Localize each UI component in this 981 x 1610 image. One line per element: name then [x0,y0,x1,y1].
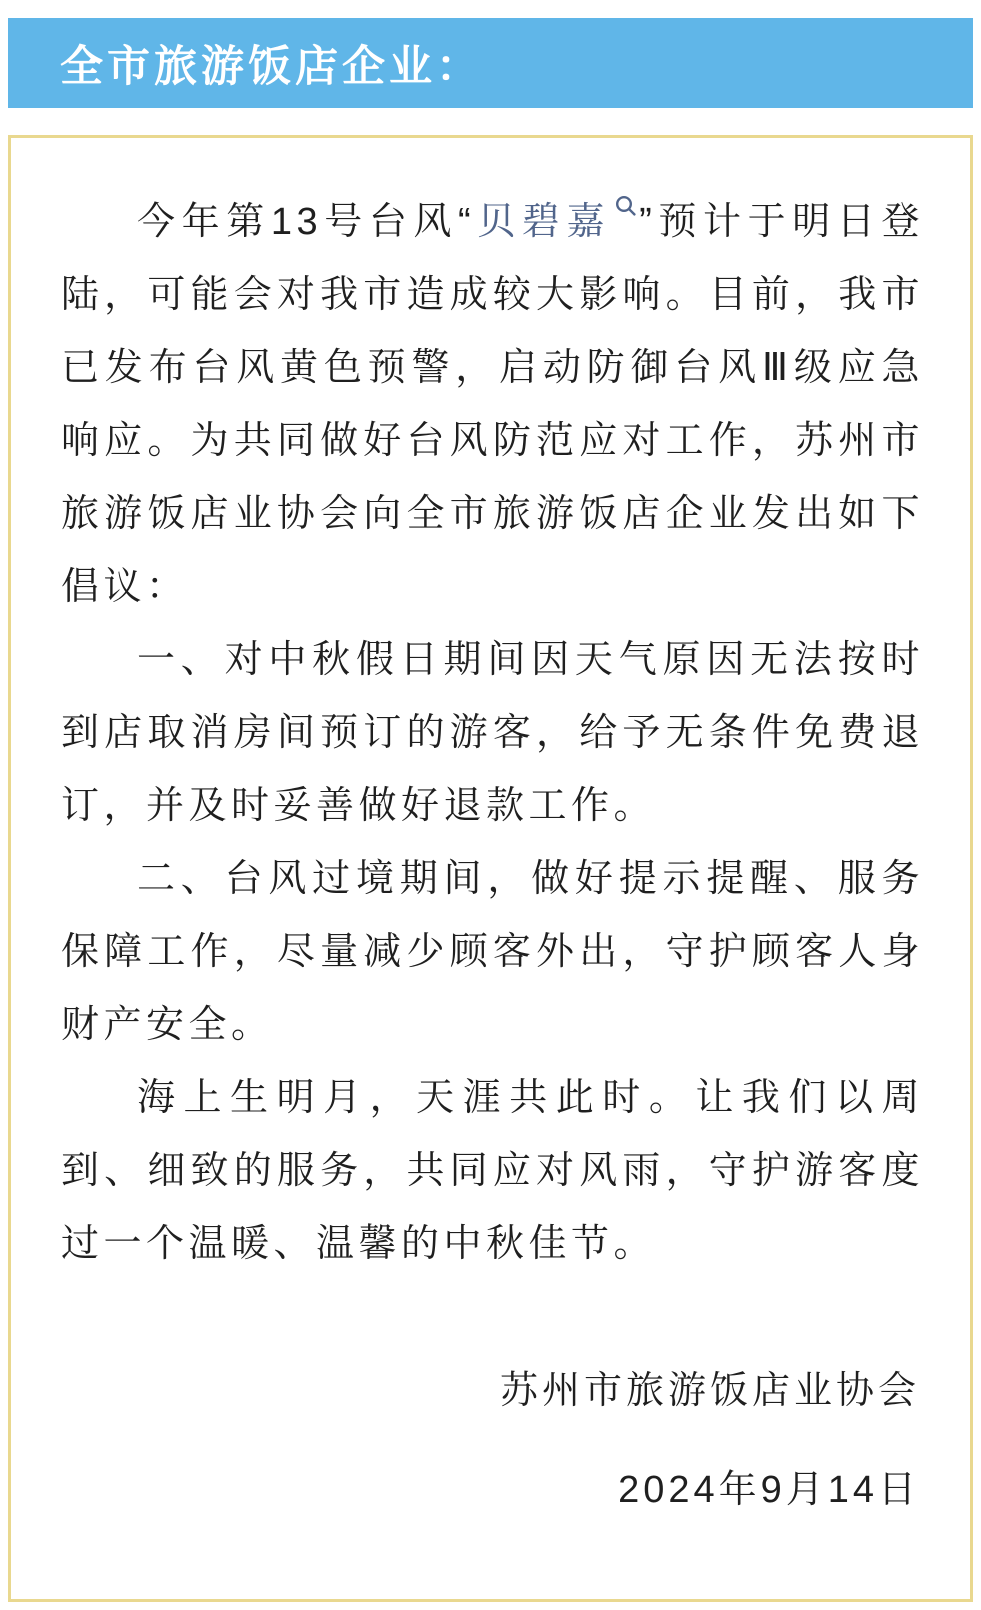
article-page: 全市旅游饭店企业： 今年第13号台风“贝碧嘉 ”预计于明日登陆，可能会对我市造成… [0,18,981,1602]
signature-block: 苏州市旅游饭店业协会 2024年9月14日 [61,1355,924,1527]
signature-date: 2024年9月14日 [61,1454,920,1527]
item-paragraph-1: 一、对中秋假日期间因天气原因无法按时到店取消房间预订的游客，给予无条件免费退订，… [61,624,924,843]
typhoon-name-link[interactable]: 贝碧嘉 [475,201,639,243]
closing-paragraph: 海上生明月，天涯共此时。让我们以周到、细致的服务，共同应对风雨，守护游客度过一个… [61,1062,924,1281]
intro-paragraph: 今年第13号台风“贝碧嘉 ”预计于明日登陆，可能会对我市造成较大影响。目前，我市… [61,186,924,624]
typhoon-name-text[interactable]: 贝碧嘉 [475,201,611,243]
signature-organization: 苏州市旅游饭店业协会 [61,1355,920,1428]
item-paragraph-2: 二、台风过境期间，做好提示提醒、服务保障工作，尽量减少顾客外出，守护顾客人身财产… [61,843,924,1062]
notice-card: 今年第13号台风“贝碧嘉 ”预计于明日登陆，可能会对我市造成较大影响。目前，我市… [8,135,973,1602]
banner-title: 全市旅游饭店企业： [60,33,483,94]
notice-recipient-banner: 全市旅游饭店企业： [8,18,973,108]
search-icon[interactable] [614,194,638,218]
intro-text-before: 今年第13号台风“ [137,201,475,243]
intro-text-after: ”预计于明日登陆，可能会对我市造成较大影响。目前，我市已发布台风黄色预警，启动防… [61,201,924,608]
